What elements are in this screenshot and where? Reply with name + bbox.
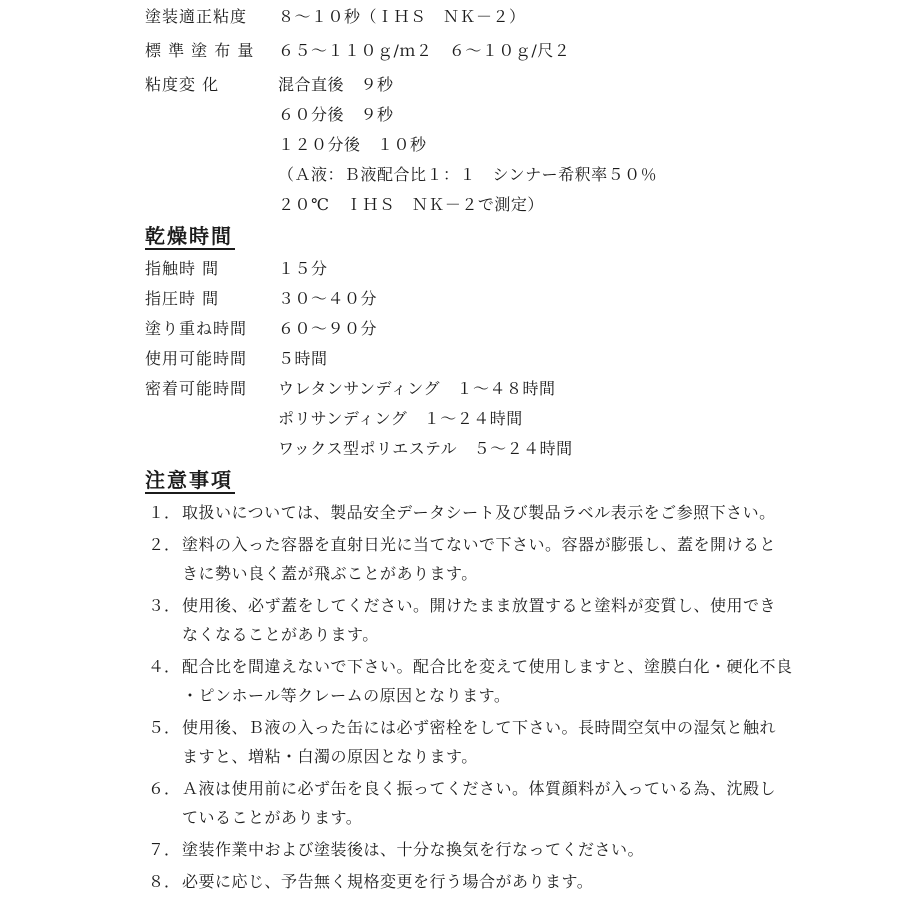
note-number: ８．: [148, 867, 182, 896]
spec-value-line: （Ａ液：Ｂ液配合比１：１ シンナー希釈率５０％: [278, 160, 860, 190]
drying-section-heading: 乾燥時間: [145, 224, 235, 250]
spec-row-pressure-dry: 指圧時 間 ３０～４０分: [145, 284, 860, 314]
note-lines: 配合比を間違えないで下さい。配合比を変えて使用しますと、塗膜白化・硬化不良 ・ピ…: [182, 652, 860, 710]
spec-value-line: ６０～９０分: [278, 314, 860, 344]
document-page: 塗装適正粘度 ８～１０秒（ＩＨＳ ＮＫ－２） 標 準 塗 布 量 ６５～１１０ｇ…: [0, 0, 900, 900]
notes-list: １． 取扱いについては、製品安全データシート及び製品ラベル表示をご参照下さい。 …: [148, 498, 860, 896]
spec-value-line: ワックス型ポリエステル ５～２４時間: [278, 434, 860, 464]
spec-value-line: ウレタンサンディング １～４８時間: [278, 374, 860, 404]
spec-label: 使用可能時間: [145, 344, 278, 374]
note-lines: 塗装作業中および塗装後は、十分な換気を行なってください。: [182, 835, 860, 864]
spec-label: 指触時 間: [145, 254, 278, 284]
note-line: ていることがあります。: [182, 803, 860, 832]
note-number: ６．: [148, 774, 182, 832]
note-item-1: １． 取扱いについては、製品安全データシート及び製品ラベル表示をご参照下さい。: [148, 498, 860, 527]
spec-label: 標 準 塗 布 量: [145, 36, 278, 66]
spec-values: ５時間: [278, 344, 860, 374]
spec-value-line: ６０分後 ９秒: [278, 100, 860, 130]
note-number: ４．: [148, 652, 182, 710]
note-number: １．: [148, 498, 182, 527]
note-item-3: ３． 使用後、必ず蓋をしてください。開けたまま放置すると塗料が変質し、使用でき …: [148, 591, 860, 649]
spec-value-line: 混合直後 ９秒: [278, 70, 860, 100]
note-lines: 塗料の入った容器を直射日光に当てないで下さい。容器が膨張し、蓋を開けると きに勢…: [182, 530, 860, 588]
spec-values: ８～１０秒（ＩＨＳ ＮＫ－２）: [278, 2, 860, 32]
note-number: ２．: [148, 530, 182, 588]
note-line: 使用後、Ｂ液の入った缶には必ず密栓をして下さい。長時間空気中の湿気と触れ: [182, 713, 860, 742]
note-item-7: ７． 塗装作業中および塗装後は、十分な換気を行なってください。: [148, 835, 860, 864]
spec-values: ６０～９０分: [278, 314, 860, 344]
notes-section-heading: 注意事項: [145, 468, 235, 494]
spec-value-line: ２０℃ ＩＨＳ ＮＫ－２で測定）: [278, 190, 860, 220]
note-line: ますと、増粘・白濁の原因となります。: [182, 742, 860, 771]
spec-value-line: ６５～１１０ｇ/ｍ２ ６～１０ｇ/尺２: [278, 36, 860, 66]
note-lines: 使用後、必ず蓋をしてください。開けたまま放置すると塗料が変質し、使用でき なくな…: [182, 591, 860, 649]
spec-values: ３０～４０分: [278, 284, 860, 314]
spec-row-coverage: 標 準 塗 布 量 ６５～１１０ｇ/ｍ２ ６～１０ｇ/尺２: [145, 36, 860, 66]
note-item-6: ６． Ａ液は使用前に必ず缶を良く振ってください。体質顔料が入っている為、沈殿し …: [148, 774, 860, 832]
note-lines: 必要に応じ、予告無く規格変更を行う場合があります。: [182, 867, 860, 896]
spec-label: 粘度変 化: [145, 70, 278, 220]
note-item-5: ５． 使用後、Ｂ液の入った缶には必ず密栓をして下さい。長時間空気中の湿気と触れ …: [148, 713, 860, 771]
spec-value-line: １２０分後 １０秒: [278, 130, 860, 160]
spec-value-line: ５時間: [278, 344, 860, 374]
note-line: 使用後、必ず蓋をしてください。開けたまま放置すると塗料が変質し、使用でき: [182, 591, 860, 620]
drying-section-heading-wrap: 乾燥時間: [145, 224, 860, 250]
spec-row-adhesion-time: 密着可能時間 ウレタンサンディング １～４８時間 ポリサンディング １～２４時間…: [145, 374, 860, 464]
spec-row-viscosity-change: 粘度変 化 混合直後 ９秒 ６０分後 ９秒 １２０分後 １０秒 （Ａ液：Ｂ液配合…: [145, 70, 860, 220]
spec-row-touch-dry: 指触時 間 １５分: [145, 254, 860, 284]
note-line: きに勢い良く蓋が飛ぶことがあります。: [182, 559, 860, 588]
spec-label: 塗装適正粘度: [145, 2, 278, 32]
spec-value-line: １５分: [278, 254, 860, 284]
note-lines: 取扱いについては、製品安全データシート及び製品ラベル表示をご参照下さい。: [182, 498, 860, 527]
note-line: 塗装作業中および塗装後は、十分な換気を行なってください。: [182, 835, 860, 864]
spec-row-paint-viscosity: 塗装適正粘度 ８～１０秒（ＩＨＳ ＮＫ－２）: [145, 2, 860, 32]
spec-value-line: ３０～４０分: [278, 284, 860, 314]
spec-value-line: ポリサンディング １～２４時間: [278, 404, 860, 434]
spec-values: 混合直後 ９秒 ６０分後 ９秒 １２０分後 １０秒 （Ａ液：Ｂ液配合比１：１ シ…: [278, 70, 860, 220]
note-line: なくなることがあります。: [182, 620, 860, 649]
note-line: 配合比を間違えないで下さい。配合比を変えて使用しますと、塗膜白化・硬化不良: [182, 652, 860, 681]
note-number: ７．: [148, 835, 182, 864]
note-item-2: ２． 塗料の入った容器を直射日光に当てないで下さい。容器が膨張し、蓋を開けると …: [148, 530, 860, 588]
note-line: 取扱いについては、製品安全データシート及び製品ラベル表示をご参照下さい。: [182, 498, 860, 527]
notes-section-heading-wrap: 注意事項: [145, 468, 860, 494]
note-line: 塗料の入った容器を直射日光に当てないで下さい。容器が膨張し、蓋を開けると: [182, 530, 860, 559]
note-lines: 使用後、Ｂ液の入った缶には必ず密栓をして下さい。長時間空気中の湿気と触れ ますと…: [182, 713, 860, 771]
spec-row-recoat-time: 塗り重ね時間 ６０～９０分: [145, 314, 860, 344]
note-item-8: ８． 必要に応じ、予告無く規格変更を行う場合があります。: [148, 867, 860, 896]
spec-values: １５分: [278, 254, 860, 284]
spec-values: ウレタンサンディング １～４８時間 ポリサンディング １～２４時間 ワックス型ポ…: [278, 374, 860, 464]
note-number: ３．: [148, 591, 182, 649]
note-number: ５．: [148, 713, 182, 771]
note-lines: Ａ液は使用前に必ず缶を良く振ってください。体質顔料が入っている為、沈殿し ている…: [182, 774, 860, 832]
spec-values: ６５～１１０ｇ/ｍ２ ６～１０ｇ/尺２: [278, 36, 860, 66]
spec-label: 塗り重ね時間: [145, 314, 278, 344]
note-line: Ａ液は使用前に必ず缶を良く振ってください。体質顔料が入っている為、沈殿し: [182, 774, 860, 803]
note-item-4: ４． 配合比を間違えないで下さい。配合比を変えて使用しますと、塗膜白化・硬化不良…: [148, 652, 860, 710]
spec-label: 密着可能時間: [145, 374, 278, 464]
spec-value-line: ８～１０秒（ＩＨＳ ＮＫ－２）: [278, 2, 860, 32]
spec-row-pot-life: 使用可能時間 ５時間: [145, 344, 860, 374]
note-line: ・ピンホール等クレームの原因となります。: [182, 681, 860, 710]
note-line: 必要に応じ、予告無く規格変更を行う場合があります。: [182, 867, 860, 896]
spec-label: 指圧時 間: [145, 284, 278, 314]
